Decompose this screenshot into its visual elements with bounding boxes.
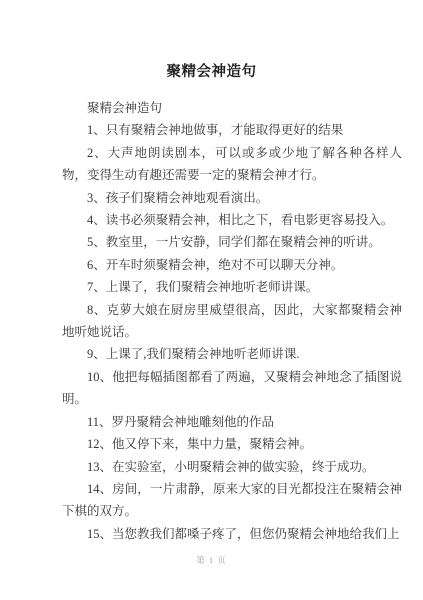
page-number: 第 1 页 xyxy=(0,554,423,566)
document-body: 聚精会神造句 1、只有聚精会神地做事，才能取得更好的结果 2、大声地朗读剧本，可… xyxy=(62,97,402,545)
sentence: 11、罗丹聚精会神地雕刻他的作品 xyxy=(62,411,402,433)
document-subtitle: 聚精会神造句 xyxy=(62,97,402,119)
sentence: 9、上课了,我们聚精会神地听老师讲课. xyxy=(62,343,402,365)
document-page: 聚精会神造句 聚精会神造句 1、只有聚精会神地做事，才能取得更好的结果 2、大声… xyxy=(0,0,423,600)
sentence: 5、教室里，一片安静，同学们都在聚精会神的听讲。 xyxy=(62,231,402,253)
sentence: 13、在实验室，小明聚精会神的做实验，终于成功。 xyxy=(62,456,402,478)
sentence: 15、当您教我们都嗓子疼了，但您仍聚精会神地给我们上 xyxy=(62,523,402,545)
sentence: 3、孩子们聚精会神地观看演出。 xyxy=(62,187,402,209)
sentence: 8、克萝大娘在厨房里威望很高，因此，大家都聚精会神地听她说话。 xyxy=(62,299,402,344)
sentence: 7、上课了，我们聚精会神地听老师讲课。 xyxy=(62,276,402,298)
sentence: 12、他又停下来，集中力量，聚精会神。 xyxy=(62,433,402,455)
sentence: 1、只有聚精会神地做事，才能取得更好的结果 xyxy=(62,119,402,141)
page-title: 聚精会神造句 xyxy=(0,60,423,81)
sentence: 4、读书必须聚精会神，相比之下，看电影更容易投入。 xyxy=(62,209,402,231)
sentence: 2、大声地朗读剧本，可以或多或少地了解各种各样人物，变得生动有趣还需要一定的聚精… xyxy=(62,142,402,187)
sentence: 6、开车时须聚精会神，绝对不可以聊天分神。 xyxy=(62,254,402,276)
sentence: 14、房间，一片肃静，原来大家的目光都投注在聚精会神下棋的双方。 xyxy=(62,478,402,523)
sentence: 10、他把每幅插图都看了两遍，又聚精会神地念了插图说明。 xyxy=(62,366,402,411)
